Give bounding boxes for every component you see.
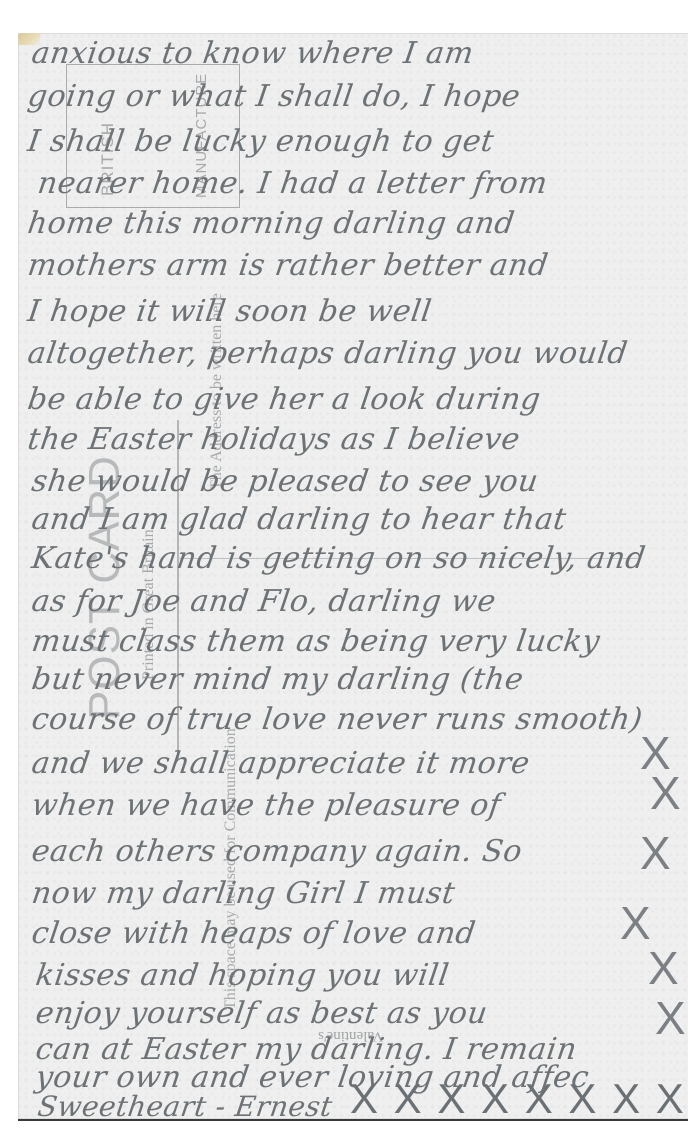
letter-line: must class them as being very lucky [30,624,603,659]
letter-signature: Sweetheart - Ernest [36,1090,335,1123]
letter-line: I shall be lucky enough to get [26,124,497,159]
letter-line: altogether, perhaps darling you would [26,336,630,371]
letter-line: and we shall appreciate it more [30,746,532,781]
letter-line: kisses and hoping you will [34,958,452,993]
letter-line: she would be pleased to see you [30,464,541,499]
letter-line: now my darling Girl I must [30,876,458,911]
letter-line: course of true love never runs smooth) [30,702,645,737]
letter-line: and I am glad darling to hear that [30,502,569,537]
margin-kiss: X [655,995,686,1041]
letter-line: mothers arm is rather better and [26,248,551,283]
letter-line: be able to give her a look during [26,382,543,417]
letter-line: home this morning darling and [26,206,517,241]
letter-line: Kate's hand is getting on so nicely, and [30,541,648,576]
letter-line: I hope it will soon be well [26,294,434,329]
margin-kiss: X [640,830,671,876]
kisses-row: X X X X X X X X X [350,1075,688,1123]
letter-line: close with heaps of love and [30,916,478,951]
margin-kiss: X [650,770,681,816]
letter-line: anxious to know where I am [30,36,476,71]
letter-line: going or what I shall do, I hope [26,79,523,114]
margin-kiss: X [648,945,679,991]
letter-line: each others company again. So [30,834,525,869]
margin-kiss: X [620,900,651,946]
letter-line: when we have the pleasure of [30,788,504,823]
letter-line: the Easter holidays as I believe [26,422,523,457]
letter-line: nearer home. I had a letter from [36,166,550,201]
letter-line: as for Joe and Flo, darling we [30,584,499,619]
letter-line: enjoy yourself as best as you [34,996,490,1031]
letter-line: but never mind my darling (the [30,662,526,697]
